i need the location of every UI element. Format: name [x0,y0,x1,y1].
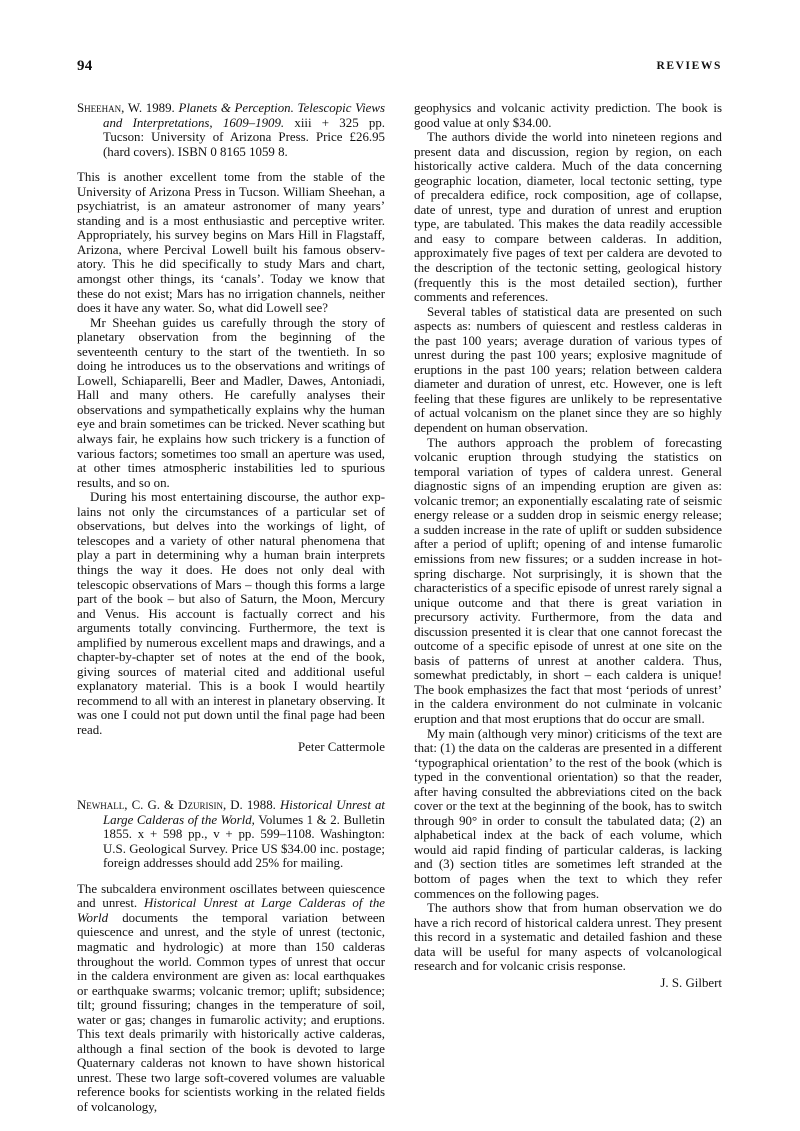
review-paragraph: The authors show that from human observa… [414,901,722,974]
reviewer-signature: Peter Cattermole [77,740,385,755]
citation-author: Newhall, C. G. & Dzurisin, D. [77,798,243,812]
review-paragraph: This is another excellent tome from the … [77,170,385,315]
review-separator [77,754,385,798]
review-paragraph: During his most entertaining discourse, … [77,490,385,737]
citation-year: 1988. [247,798,276,812]
reviewer-signature: J. S. Gilbert [414,976,722,991]
page-number: 94 [77,58,92,75]
citation-author: Sheehan, W. [77,101,142,115]
review-paragraph: The authors approach the problem of fore… [414,436,722,727]
review-paragraph: My main (although very minor) criticisms… [414,727,722,902]
review-citation-sheehan: Sheehan, W. 1989. Planets & Perception. … [77,101,385,159]
section-title: REVIEWS [656,60,722,72]
review-citation-newhall: Newhall, C. G. & Dzurisin, D. 1988. Hist… [77,798,385,871]
right-column: geophysics and volcanic activity predict… [414,101,722,990]
review-paragraph: Mr Sheehan guides us carefully through t… [77,316,385,491]
paragraph-text: documents the temporal variation between… [77,911,385,1114]
review-paragraph: The authors divide the world into ninete… [414,130,722,305]
left-column: Sheehan, W. 1989. Planets & Perception. … [77,101,385,1115]
citation-year: 1989. [146,101,175,115]
review-paragraph: The subcaldera environment oscillates be… [77,882,385,1115]
review-paragraph: geophysics and volcanic activity predict… [414,101,722,130]
review-paragraph: Several tables of statistical data are p… [414,305,722,436]
running-head: 94 REVIEWS [77,58,722,78]
